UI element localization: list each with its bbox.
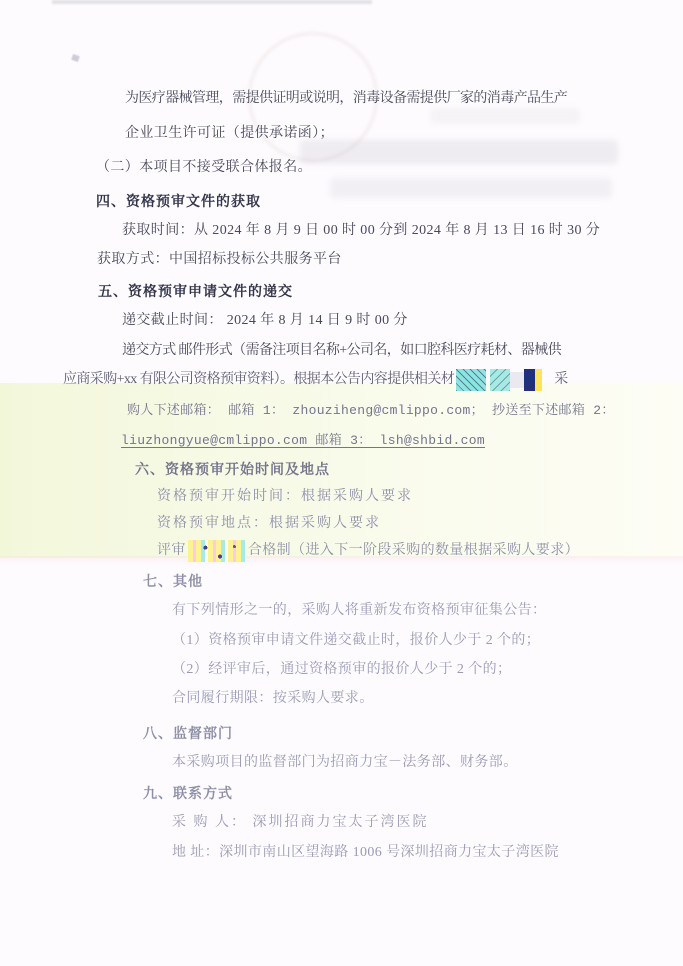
bleed-through-text-ghost xyxy=(330,178,612,198)
scan-glitch-artifact xyxy=(188,540,246,562)
review-method-tail: 合格制（进入下一阶段采购的数量根据采购人要求） xyxy=(248,543,579,558)
scanned-document-page: 为医疗器械管理，需提供证明或说明，消毒设备需提供厂家的消毒产品生产 企业卫生许可… xyxy=(0,0,683,966)
heading-section-5: 五、资格预审申请文件的递交 xyxy=(98,280,293,302)
supervision-dept: 本采购项目的监督部门为招商力宝－法务部、财务部。 xyxy=(172,752,518,774)
other-item-2: （2）经评审后，通过资格预审的报价人少于 2 个的； xyxy=(172,659,511,681)
bleed-through-text-ghost xyxy=(300,140,618,164)
submit-method-line1: 递交方式 邮件形式（需备注项目名称+公司名，如口腔科医疗耗材、器械供 xyxy=(122,340,561,362)
email-line-2: liuzhongyue@cmlippo.com 邮箱 3： lsh@shbid.… xyxy=(121,430,485,452)
scan-glitch-artifact xyxy=(456,369,552,391)
submit-method-line2: 应商采购+xx 有限公司资格预审资料）。根据本公告内容提供相关材采 xyxy=(63,369,568,391)
review-method-text: 评审 xyxy=(157,543,186,558)
acquire-time: 获取时间：从 2024 年 8 月 9 日 00 时 00 分到 2024 年 … xyxy=(122,220,600,242)
heading-section-8: 八、监督部门 xyxy=(143,722,233,744)
submit-method-line2-tail: 采 xyxy=(554,372,567,387)
prequal-place: 资格预审地点：根据采购人要求 xyxy=(157,513,381,535)
prequal-start-time: 资格预审开始时间：根据采购人要求 xyxy=(157,486,413,508)
submit-method-line2-text: 应商采购+xx 有限公司资格预审资料）。根据本公告内容提供相关材 xyxy=(63,372,454,387)
purchaser: 采 购 人： 深圳招商力宝太子湾医院 xyxy=(172,812,429,834)
heading-section-6: 六、资格预审开始时间及地点 xyxy=(135,458,330,480)
contract-term: 合同履行期限：按采购人要求。 xyxy=(172,688,374,710)
para-no-consortium: （二）本项目不接受联合体报名。 xyxy=(96,157,312,179)
heading-section-7: 七、其他 xyxy=(143,570,203,592)
address: 地 址：深圳市南山区望海路 1006 号深圳招商力宝太子湾医院 xyxy=(172,842,559,864)
acquire-method: 获取方式：中国招标投标公共服务平台 xyxy=(97,249,342,271)
bleed-through-text-ghost xyxy=(430,108,580,124)
scan-edge-streak xyxy=(52,0,372,4)
heading-section-4: 四、资格预审文件的获取 xyxy=(96,190,261,212)
para-medical-device-note-line1: 为医疗器械管理，需提供证明或说明，消毒设备需提供厂家的消毒产品生产 xyxy=(125,88,567,110)
heading-section-9: 九、联系方式 xyxy=(143,782,233,804)
other-intro: 有下列情形之一的，采购人将重新发布资格预审征集公告： xyxy=(172,600,546,622)
other-item-1: （1）资格预审申请文件递交截止时，报价人少于 2 个的； xyxy=(172,630,540,652)
review-method: 评审合格制（进入下一阶段采购的数量根据采购人要求） xyxy=(157,540,579,562)
email-line-1: 购人下述邮箱： 邮箱 1： zhouziheng@cmlippo.com； 抄送… xyxy=(127,400,615,422)
para-medical-device-note-line2: 企业卫生许可证（提供承诺函）； xyxy=(125,123,334,145)
scan-speck xyxy=(71,54,80,62)
submit-deadline: 递交截止时间： 2024 年 8 月 14 日 9 时 00 分 xyxy=(122,310,408,332)
